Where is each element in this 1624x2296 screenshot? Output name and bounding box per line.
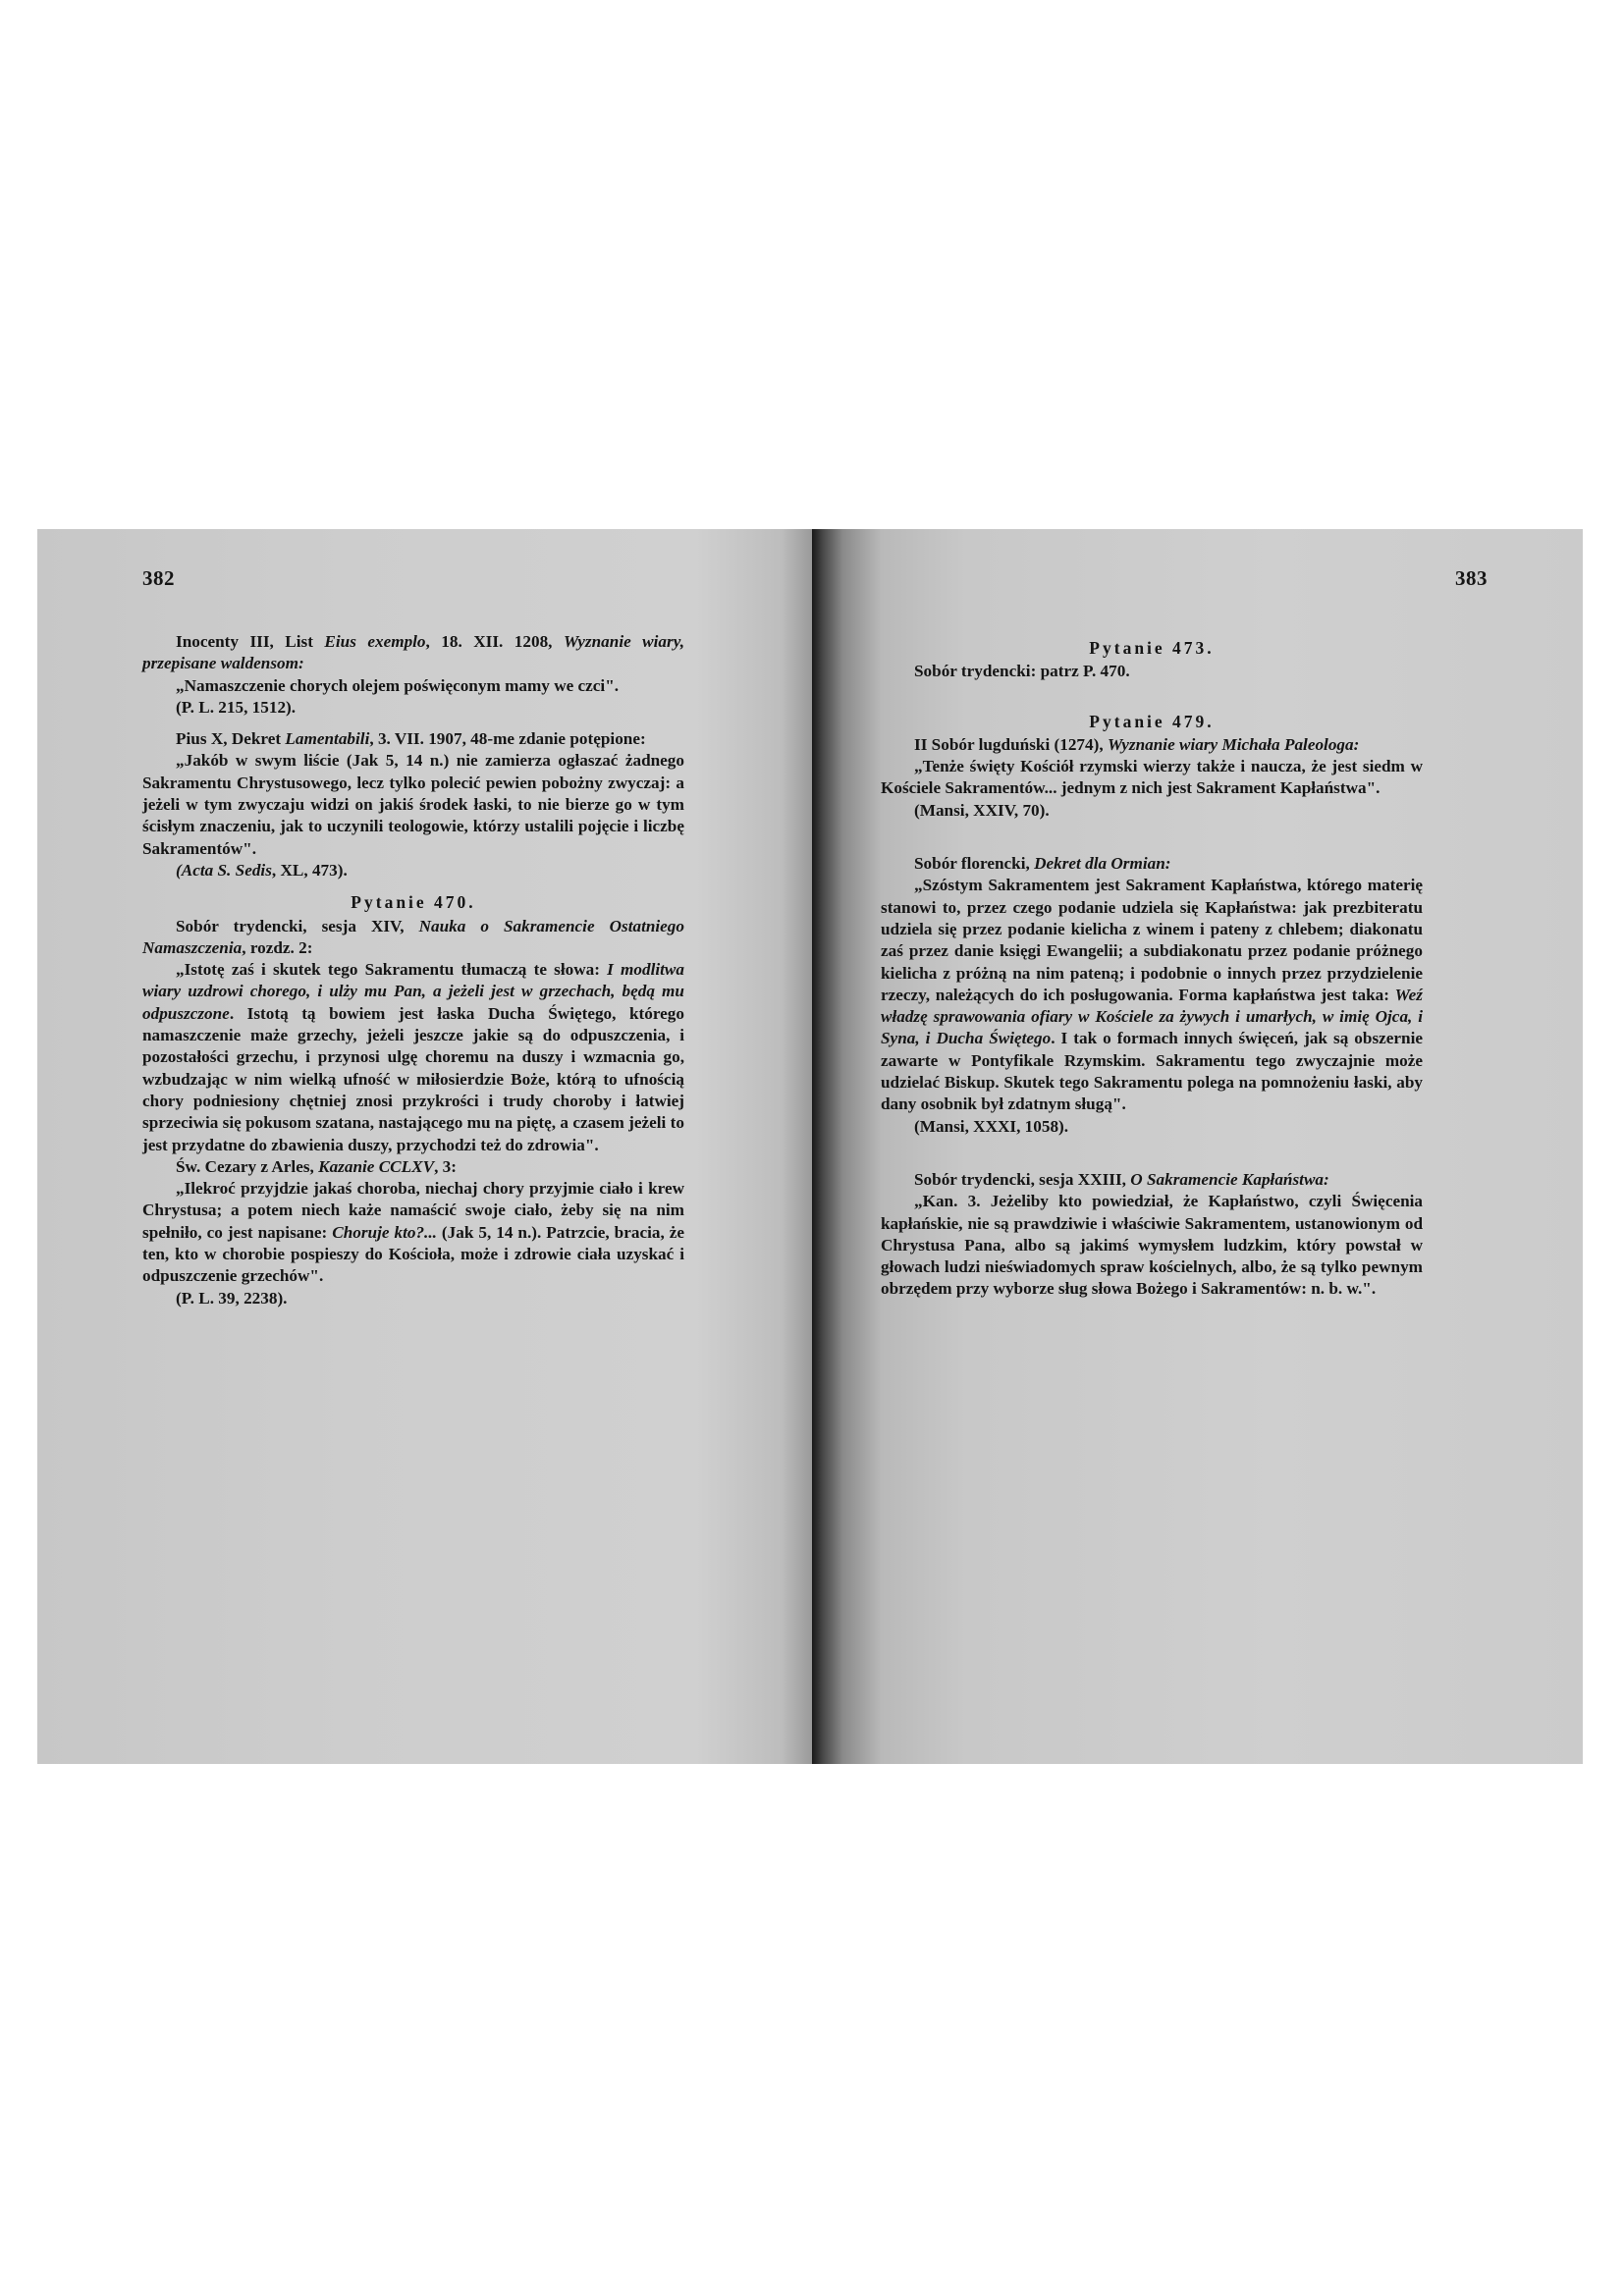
spacer xyxy=(881,1148,1423,1169)
citation: (Acta S. Sedis, XL, 473). xyxy=(142,860,684,881)
source-line: Sobór trydencki, sesja XXIII, O Sakramen… xyxy=(881,1169,1423,1191)
citation: (Mansi, XXIV, 70). xyxy=(881,800,1423,822)
source-line: Sobór florencki, Dekret dla Ormian: xyxy=(881,853,1423,875)
quotation: „Ilekroć przyjdzie jakaś choroba, niecha… xyxy=(142,1178,684,1287)
source-line: II Sobór lugduński (1274), Wyznanie wiar… xyxy=(881,734,1423,756)
page-number: 383 xyxy=(1455,566,1488,591)
source-line: Inocenty III, List Eius exemplo, 18. XII… xyxy=(142,631,684,675)
spacer xyxy=(881,831,1423,853)
citation: (P. L. 39, 2238). xyxy=(142,1288,684,1309)
citation: (Mansi, XXXI, 1058). xyxy=(881,1116,1423,1138)
quotation: „Tenże święty Kościół rzymski wierzy tak… xyxy=(881,756,1423,800)
quotation: „Szóstym Sakramentem jest Sakrament Kapł… xyxy=(881,875,1423,1115)
left-page: 382 Inocenty III, List Eius exemplo, 18.… xyxy=(37,529,812,1764)
page-text: Pytanie 473.Sobór trydencki: patrz P. 47… xyxy=(881,631,1423,1301)
quotation: „Jakób w swym liście (Jak 5, 14 n.) nie … xyxy=(142,750,684,859)
book-scan: 382 Inocenty III, List Eius exemplo, 18.… xyxy=(37,529,1583,1764)
section-heading: Pytanie 470. xyxy=(142,891,684,913)
right-page: 383 Pytanie 473.Sobór trydencki: patrz P… xyxy=(812,529,1583,1764)
quotation: „Istotę zaś i skutek tego Sakramentu tłu… xyxy=(142,959,684,1156)
quotation: „Namaszczenie chorych olejem poświęconym… xyxy=(142,675,684,697)
spacer xyxy=(881,683,1423,705)
quotation: „Kan. 3. Jeżeliby kto powiedział, że Kap… xyxy=(881,1191,1423,1300)
source-line: Sobór trydencki, sesja XIV, Nauka o Sakr… xyxy=(142,916,684,960)
section-heading: Pytanie 479. xyxy=(881,711,1423,732)
citation: (P. L. 215, 1512). xyxy=(142,697,684,719)
page-text: Inocenty III, List Eius exemplo, 18. XII… xyxy=(142,631,684,1319)
page-number: 382 xyxy=(142,566,175,591)
source-line: Sobór trydencki: patrz P. 470. xyxy=(881,661,1423,682)
section-heading: Pytanie 473. xyxy=(881,637,1423,659)
source-line: Św. Cezary z Arles, Kazanie CCLXV, 3: xyxy=(142,1156,684,1178)
source-line: Pius X, Dekret Lamentabili, 3. VII. 1907… xyxy=(142,728,684,750)
